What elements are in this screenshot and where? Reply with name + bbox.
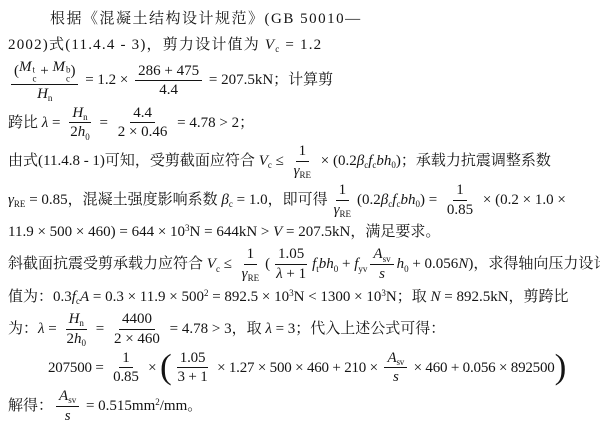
- math-text: ) =: [420, 191, 441, 210]
- math-variable: s: [379, 266, 385, 283]
- math-scripted: Vc: [259, 152, 272, 171]
- math-text: = 3；代入上述公式可得：: [272, 320, 445, 339]
- document-body: 根据《混凝土结构设计规范》(GB 50010—2002)式(11.4.4 - 3…: [8, 7, 594, 425]
- math-base: h: [74, 331, 82, 348]
- math-text: 286 + 475: [138, 63, 199, 80]
- math-text: +: [37, 63, 53, 80]
- math-fraction: 1γRE: [291, 143, 314, 180]
- math-text: 0.85: [113, 369, 138, 386]
- fraction-numerator: Asv: [370, 246, 393, 265]
- doc-line-11: 207500 = 10.85 × (1.053 + 1 × 1.27 × 500…: [8, 350, 594, 387]
- math-scripted: γRE: [334, 202, 351, 219]
- math-base: 10: [170, 223, 185, 242]
- fraction-denominator: λ + 1: [273, 265, 309, 283]
- math-scripted: Hn: [72, 105, 87, 122]
- math-fraction: 44002 × 460: [111, 311, 163, 348]
- math-scripted: Mbc: [52, 59, 70, 83]
- math-text: 1.05: [180, 350, 205, 367]
- math-fraction: Hn2h0: [67, 105, 93, 142]
- math-base: 500: [181, 288, 204, 307]
- fraction-denominator: 4.4: [156, 81, 181, 99]
- math-text: × 460 + 0.056 × 892500: [410, 359, 555, 378]
- math-fraction: 4.42 × 0.46: [115, 105, 171, 142]
- math-text: 4.4: [133, 105, 152, 122]
- math-scripted: Asv: [387, 350, 404, 367]
- fraction-numerator: 1: [119, 350, 132, 369]
- math-text: 2 × 460: [114, 331, 160, 348]
- math-scripted: βc: [357, 152, 368, 171]
- math-text: 2 × 0.46: [118, 124, 168, 141]
- fraction-numerator: (Mtc + Mbc): [11, 59, 78, 85]
- math-text: = 892.5kN，剪跨比: [440, 288, 568, 307]
- math-scripted: γRE: [242, 266, 259, 283]
- math-fraction: Asvs: [56, 388, 79, 425]
- math-scripted: bh0: [400, 191, 420, 210]
- math-base: A: [373, 246, 382, 263]
- math-text: 1.05: [278, 246, 304, 263]
- math-text: ): [70, 63, 75, 80]
- fraction-denominator: s: [376, 265, 388, 283]
- math-text: 值为：0.3: [8, 288, 72, 307]
- doc-line-12: 解得：Asvs = 0.515mm2/mm。: [8, 388, 594, 425]
- math-variable: A: [80, 288, 89, 307]
- math-text: 4.4: [159, 82, 178, 99]
- math-text: =: [92, 320, 108, 339]
- fraction-numerator: Hn: [69, 105, 90, 124]
- math-text: = 1.0，即可得: [233, 191, 328, 210]
- doc-line-3: (Mtc + Mbc)Hn = 1.2 × 286 + 4754.4 = 207…: [8, 59, 594, 103]
- math-scripted: fc: [392, 191, 400, 210]
- math-scripted: ft: [312, 255, 319, 274]
- math-fraction: (Mtc + Mbc)Hn: [11, 59, 78, 103]
- math-text: /mm。: [160, 397, 203, 416]
- math-text: = 1.2 ×: [81, 71, 132, 90]
- math-base: H: [37, 86, 48, 103]
- math-supsub-stack: tc: [33, 66, 37, 85]
- math-text: N；取: [386, 288, 431, 307]
- math-fraction: 1γRE: [239, 246, 262, 283]
- fraction-numerator: Hn: [66, 311, 87, 330]
- math-base: V: [265, 36, 275, 55]
- math-base: γ: [334, 202, 340, 219]
- fraction-denominator: Hn: [34, 85, 55, 103]
- math-scripted: Vc: [207, 255, 220, 274]
- math-scripted: Mtc: [19, 59, 37, 83]
- math-variable: s: [65, 408, 71, 425]
- math-text: ×: [145, 359, 160, 378]
- doc-line-8: 斜截面抗震受剪承载力应符合 Vc ≤ 1γRE(1.05λ + 1ftbh0 +…: [8, 246, 594, 283]
- math-text: N = 644kN >: [190, 223, 274, 242]
- math-text: =: [48, 114, 64, 133]
- math-scripted: bh0: [319, 255, 339, 274]
- math-base: A: [387, 350, 396, 367]
- math-text: = 892.5 ×: [208, 288, 274, 307]
- math-text: × 1.27 × 500 × 460 + 210 ×: [214, 359, 382, 378]
- math-base: 10: [274, 288, 289, 307]
- doc-line-10: 为：λ = Hn2h0 = 44002 × 460 = 4.78 > 3，取 λ…: [8, 311, 594, 348]
- fraction-denominator: γRE: [239, 265, 262, 283]
- math-text: 207500 =: [48, 359, 107, 378]
- doc-line-5: 由式(11.4.8 - 1)可知，受剪截面应符合 Vc ≤ 1γRE × (0.…: [8, 143, 594, 180]
- math-text: 4400: [122, 311, 152, 328]
- math-variable: s: [393, 369, 399, 386]
- math-scripted: fc: [72, 288, 80, 307]
- math-fraction: 1.05λ + 1: [273, 246, 309, 283]
- math-base: γ: [242, 266, 248, 283]
- math-base: M: [19, 59, 32, 76]
- math-text: 斜截面抗震受剪承载力应符合: [8, 255, 207, 274]
- math-text: × (0.2: [317, 152, 357, 171]
- doc-line-9: 值为：0.3fcA = 0.3 × 11.9 × 5002 = 892.5 × …: [8, 285, 594, 309]
- math-text: 2002)式(11.4.4 - 3)，剪力设计值为: [8, 36, 265, 55]
- math-scripted: h0: [397, 255, 409, 274]
- fraction-numerator: 1.05: [275, 246, 307, 265]
- math-fraction: 286 + 4754.4: [135, 63, 202, 100]
- math-scripted: 5002: [181, 288, 208, 307]
- math-base: γ: [294, 163, 300, 180]
- fraction-denominator: 2 × 0.46: [115, 123, 171, 141]
- fraction-denominator: 2 × 460: [111, 330, 163, 348]
- math-scripted: h0: [78, 124, 90, 141]
- math-subscript: c: [66, 75, 70, 84]
- math-text: 3 + 1: [178, 369, 208, 386]
- math-scripted: bh0: [376, 152, 396, 171]
- fraction-numerator: 286 + 475: [135, 63, 202, 82]
- math-base: β: [357, 152, 364, 171]
- math-fraction: Asvs: [384, 350, 407, 387]
- math-big-paren: ): [555, 352, 567, 382]
- math-scripted: 103: [170, 223, 190, 242]
- math-text: (: [265, 255, 270, 274]
- math-base: M: [52, 59, 65, 76]
- math-text: ≤: [272, 152, 288, 171]
- math-subscript: c: [33, 75, 37, 84]
- math-text: 根据《混凝土结构设计规范》(GB 50010—: [50, 10, 362, 29]
- math-text: 1: [339, 182, 347, 199]
- math-text: 1: [299, 143, 307, 160]
- fraction-denominator: 0.85: [444, 201, 476, 219]
- math-text: 解得：: [8, 397, 53, 416]
- fraction-denominator: γRE: [291, 162, 314, 180]
- fraction-denominator: γRE: [331, 201, 354, 219]
- math-fraction: 1.053 + 1: [175, 350, 211, 387]
- math-text: = 0.3 × 11.9 ×: [89, 288, 181, 307]
- math-supsub-stack: bc: [66, 66, 71, 85]
- doc-line-6: γRE = 0.85，混凝土强度影响系数 βc = 1.0，即可得1γRE(0.…: [8, 182, 594, 219]
- fraction-denominator: 3 + 1: [175, 368, 211, 386]
- math-fraction: Asvs: [370, 246, 393, 283]
- math-scripted: 103: [274, 288, 294, 307]
- math-base: V: [259, 152, 268, 171]
- math-text: + 1: [283, 266, 306, 283]
- fraction-numerator: Asv: [384, 350, 407, 369]
- math-text: =: [45, 320, 61, 339]
- math-text: + 0.056: [409, 255, 459, 274]
- math-text: )；承载力抗震调整系数: [396, 152, 551, 171]
- math-text: = 4.78 > 2；: [173, 114, 254, 133]
- math-scripted: h0: [74, 331, 86, 348]
- math-scripted: Hn: [69, 311, 84, 328]
- math-text: 为：: [8, 320, 38, 339]
- math-scripted: Asv: [373, 246, 390, 263]
- math-text: = 1.2: [280, 36, 322, 55]
- doc-line-1: 根据《混凝土结构设计规范》(GB 50010—: [8, 7, 594, 31]
- math-base: 10: [366, 288, 381, 307]
- math-fraction: 10.85: [444, 182, 476, 219]
- math-text: 1: [247, 246, 255, 263]
- fraction-denominator: 2h0: [63, 330, 89, 348]
- fraction-denominator: 2h0: [67, 123, 93, 141]
- fraction-numerator: 4400: [119, 311, 155, 330]
- math-scripted: Hn: [37, 86, 52, 103]
- math-text: 跨比: [8, 114, 42, 133]
- math-text: (0.2: [357, 191, 381, 210]
- math-variable: V: [273, 223, 282, 242]
- math-base: bh: [319, 255, 334, 274]
- fraction-denominator: 0.85: [110, 368, 141, 386]
- fraction-denominator: s: [62, 407, 74, 425]
- math-base: H: [69, 311, 80, 328]
- math-base: β: [381, 191, 388, 210]
- math-text: ≤: [220, 255, 236, 274]
- math-fraction: Hn2h0: [63, 311, 89, 348]
- math-base: β: [221, 191, 228, 210]
- math-fraction: 10.85: [110, 350, 141, 387]
- math-scripted: βc: [221, 191, 232, 210]
- math-text: 1: [456, 182, 464, 199]
- math-text: = 0.85，混凝土强度影响系数: [25, 191, 221, 210]
- math-base: A: [59, 388, 68, 405]
- math-scripted: mm2: [132, 397, 160, 416]
- math-text: 1: [122, 350, 129, 367]
- math-text: = 0.515: [82, 397, 132, 416]
- fraction-numerator: 1: [296, 143, 310, 162]
- math-scripted: γRE: [294, 163, 311, 180]
- fraction-numerator: 1: [453, 182, 467, 201]
- math-fraction: 1γRE: [331, 182, 354, 219]
- fraction-numerator: 1: [244, 246, 258, 265]
- math-text: 0.85: [447, 202, 473, 219]
- fraction-numerator: 1: [336, 182, 350, 201]
- math-scripted: Asv: [59, 388, 76, 405]
- math-text: = 207.5kN；计算剪: [205, 71, 333, 90]
- math-text: 由式(11.4.8 - 1)可知，受剪截面应符合: [8, 152, 259, 171]
- math-variable: N: [458, 255, 468, 274]
- fraction-denominator: s: [390, 368, 402, 386]
- math-text: N < 1300 ×: [294, 288, 367, 307]
- math-text: 2: [70, 124, 78, 141]
- math-big-paren: (: [160, 352, 172, 382]
- math-text: =: [96, 114, 112, 133]
- math-text: = 4.78 > 3，取: [166, 320, 265, 339]
- math-base: h: [397, 255, 405, 274]
- fraction-numerator: Asv: [56, 388, 79, 407]
- doc-line-4: 跨比 λ = Hn2h0 = 4.42 × 0.46 = 4.78 > 2；: [8, 105, 594, 142]
- math-text: )，求得轴向压力设计: [468, 255, 600, 274]
- math-base: H: [72, 105, 83, 122]
- fraction-numerator: 4.4: [130, 105, 155, 124]
- fraction-numerator: 1.05: [177, 350, 208, 369]
- math-base: V: [207, 255, 216, 274]
- math-scripted: γRE: [8, 191, 25, 210]
- math-text: = 207.5kN，满足要求。: [282, 223, 440, 242]
- math-text: 11.9 × 500 × 460) = 644 ×: [8, 223, 170, 242]
- doc-line-7: 11.9 × 500 × 460) = 644 × 103N = 644kN >…: [8, 220, 594, 244]
- doc-line-2: 2002)式(11.4.4 - 3)，剪力设计值为 Vc = 1.2: [8, 33, 594, 57]
- math-base: mm: [132, 397, 155, 416]
- math-scripted: Vc: [265, 36, 281, 55]
- calculation-document-page: 根据《混凝土结构设计规范》(GB 50010—2002)式(11.4.4 - 3…: [0, 0, 600, 445]
- math-text: +: [338, 255, 354, 274]
- math-variable: N: [430, 288, 440, 307]
- math-scripted: fyv: [354, 255, 367, 274]
- math-base: bh: [376, 152, 391, 171]
- math-scripted: 103: [366, 288, 386, 307]
- math-base: bh: [400, 191, 415, 210]
- math-scripted: βc: [381, 191, 392, 210]
- math-scripted: fc: [368, 152, 376, 171]
- math-base: h: [78, 124, 86, 141]
- math-text: 2: [66, 331, 74, 348]
- math-text: × (0.2 × 1.0 ×: [479, 191, 566, 210]
